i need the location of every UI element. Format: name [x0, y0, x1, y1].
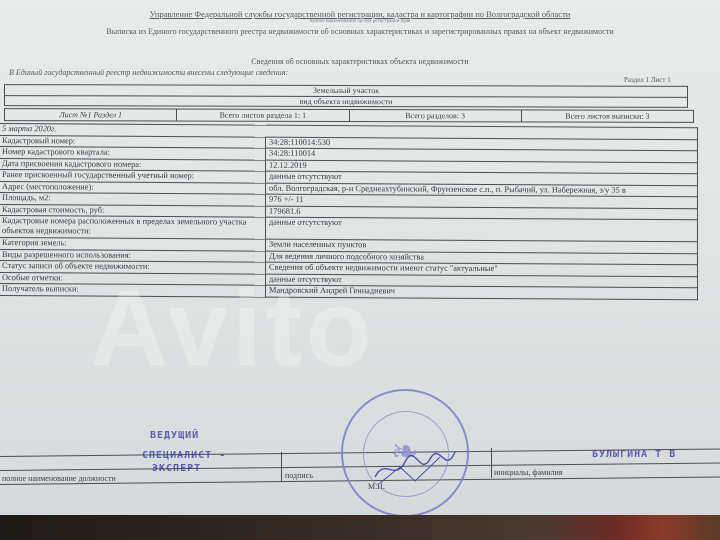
- row-label: Кадастровые номера расположенных в преде…: [0, 216, 266, 240]
- total-sections: Всего разделов: 3: [350, 110, 522, 121]
- signature-divider-1: [281, 452, 282, 482]
- section-mark: Раздел 1 Лист 1: [624, 76, 671, 84]
- object-type-box: Земельный участок вид объекта недвижимос…: [4, 84, 688, 108]
- row-value: данные отсутствуют: [266, 217, 698, 242]
- sheet-info-row: Лист №1 Раздел 1 Всего листов раздела 1:…: [4, 108, 694, 123]
- total-sheets: Всего листов выписки: 3: [522, 110, 693, 121]
- object-type-caption: вид объекта недвижимости: [5, 96, 687, 107]
- section-sheets: Всего листов раздела 1: 1: [177, 110, 349, 121]
- signature-divider-2: [491, 448, 492, 478]
- signature-caption: подпись: [285, 471, 313, 480]
- object-type: Земельный участок: [5, 85, 687, 96]
- position-stamp-line2: СПЕЦИАЛИСТ -: [142, 450, 226, 461]
- seal-caption: М.П.: [368, 482, 385, 491]
- background-floor: [0, 515, 720, 540]
- document-page: Управление Федеральной службы государств…: [0, 0, 720, 518]
- authority-caption: полное наименование органа регистрации п…: [0, 19, 720, 24]
- position-caption: полное наименование должности: [2, 474, 116, 483]
- position-stamp-line1: ВЕДУЩИЙ: [150, 430, 199, 441]
- name-caption: инициалы, фамилия: [494, 468, 562, 477]
- extract-title: Выписка из Единого государственного реес…: [0, 27, 720, 36]
- authority-name: Управление Федеральной службы государств…: [0, 9, 720, 19]
- intro-text: В Единый государственный реестр недвижим…: [9, 68, 288, 77]
- section-title: Сведения об основных характеристиках объ…: [0, 57, 720, 66]
- handwritten-signature: [370, 447, 460, 487]
- sheet-number: Лист №1 Раздел 1: [5, 109, 177, 120]
- avito-watermark: Avito: [90, 265, 376, 390]
